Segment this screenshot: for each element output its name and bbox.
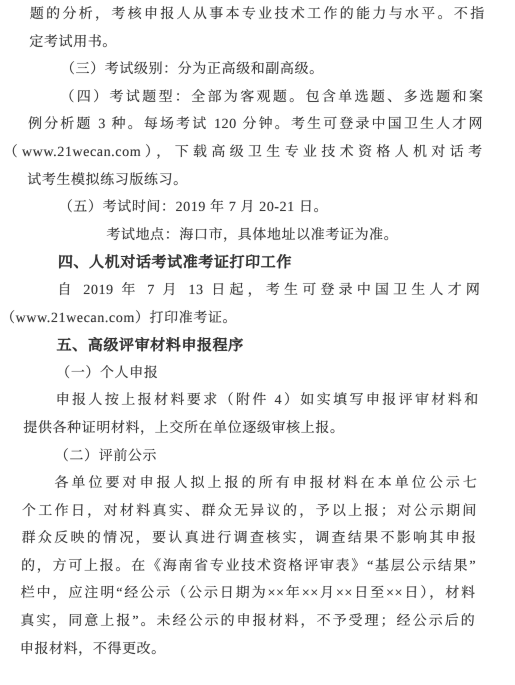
subsection-title: （二）评前公示 xyxy=(23,443,478,471)
text-line-url: （www.21wecan.com），下载高级卫生专业技术资格人机对话考 xyxy=(3,139,482,167)
text-line: 栏中，应注明“经公示（公示日期为××年××月××日至××日），材料 xyxy=(20,580,475,608)
document-content: 题的分析，考核申报人从事本专业技术工作的能力与水平。不指 定考试用书。 （三）考… xyxy=(0,1,515,663)
section-heading-4: 四、人机对话考试准考证打印工作 xyxy=(26,249,481,277)
text-line: 申报人按上报材料要求（附件 4）如实填写申报评审材料和 xyxy=(23,387,478,415)
text-line: 自 2019 年 7 月 13 日起，考生可登录中国卫生人才网 xyxy=(25,277,480,305)
text-line-url: （www.21wecan.com）打印准考证。 xyxy=(1,305,480,333)
subsection-title: （一）个人申报 xyxy=(24,360,479,388)
text-line: 申报材料，不得更改。 xyxy=(20,636,475,664)
text-line: 群众反映的情况，要认真进行调查核实，调查结果不影响其申报 xyxy=(21,525,476,553)
text-line: 试考生模拟练习版练习。 xyxy=(27,167,482,195)
text-line: 的，方可上报。在《海南省专业技术资格评审表》“基层公示结果” xyxy=(21,553,476,581)
text-line: 个工作日，对材料真实、群众无异议的，予以上报；对公示期间 xyxy=(22,498,477,526)
text-line-exam-place: 考试地点：海口市，具体地址以准考证为准。 xyxy=(26,222,481,250)
text-line: 题的分析，考核申报人从事本专业技术工作的能力与水平。不指 xyxy=(30,1,485,29)
section-heading-5: 五、高级评审材料申报程序 xyxy=(24,332,479,360)
text-line: （四）考试题型：全部为客观题。包含单选题、多选题和案 xyxy=(28,84,483,112)
text-line: 各单位要对申报人拟上报的所有申报材料在本单位公示七 xyxy=(22,470,477,498)
text-line-exam-time: （五）考试时间：2019 年 7 月 20-21 日。 xyxy=(27,194,482,222)
document-page: 题的分析，考核申报人从事本专业技术工作的能力与水平。不指 定考试用书。 （三）考… xyxy=(0,0,515,685)
text-line: 例分析题 3 种。每场考试 120 分钟。考生可登录中国卫生人才网 xyxy=(28,111,483,139)
text-line: （三）考试级别：分为正高级和副高级。 xyxy=(29,56,484,84)
text-line: 真实，同意上报”。未经公示的申报材料，不予受理；经公示后的 xyxy=(20,608,475,636)
text-line: 定考试用书。 xyxy=(29,29,484,57)
text-line: 提供各种证明材料，上交所在单位逐级审核上报。 xyxy=(23,415,478,443)
